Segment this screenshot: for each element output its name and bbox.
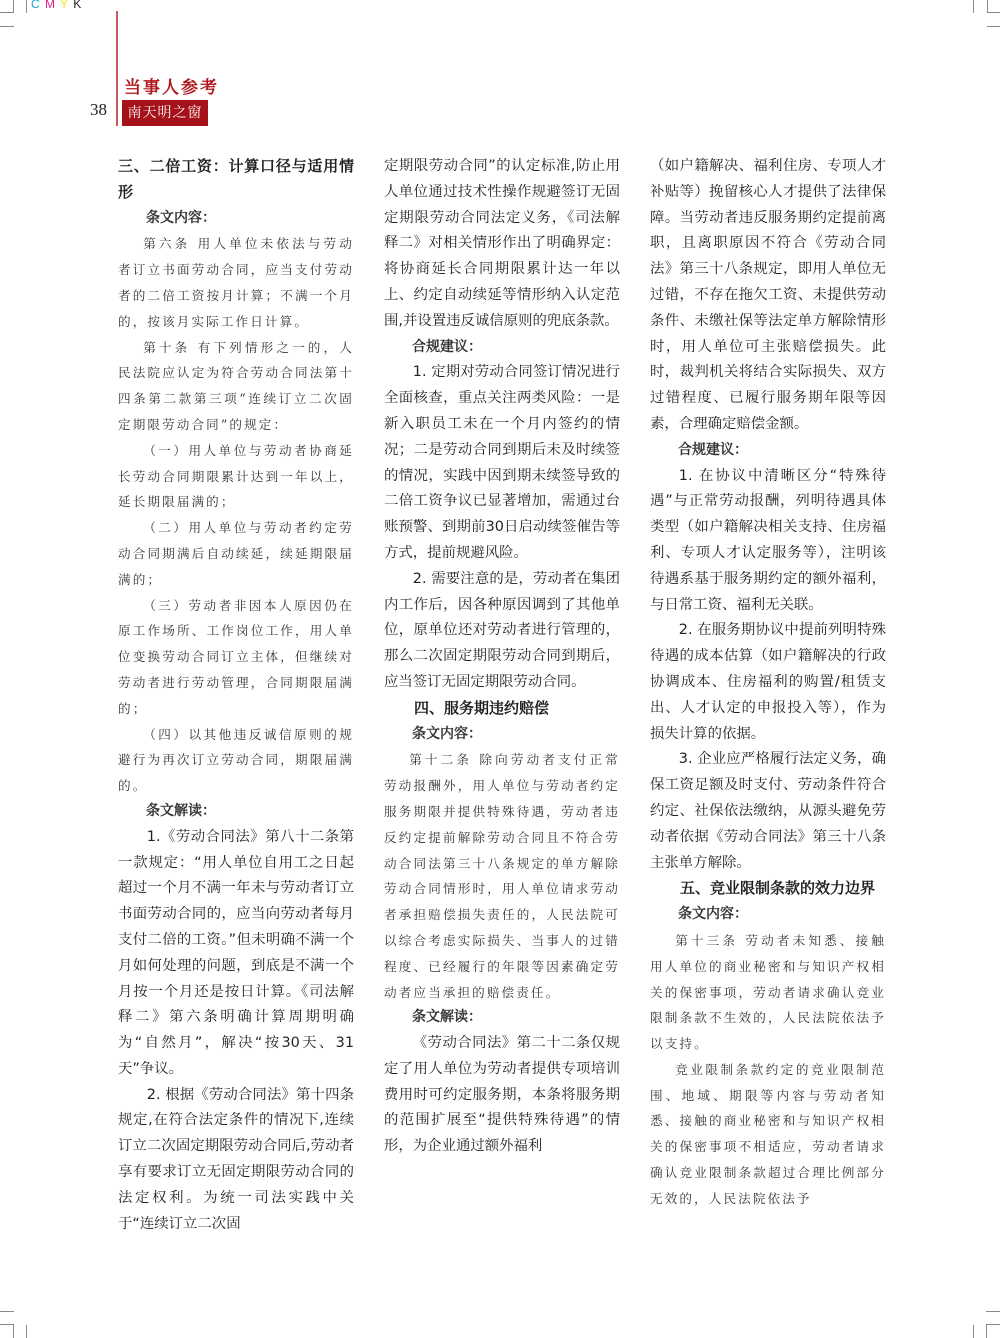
section-title: 当事人参考 xyxy=(124,73,219,98)
subheading: 条文内容： xyxy=(384,722,620,748)
text-column-1: 三、二倍工资：计算口径与适用情形条文内容：第六条 用人单位未依法与劳动者订立书面… xyxy=(118,154,354,1237)
statute-clause: （二）用人单位与劳动者约定劳动合同期满后自动续延，续延期限届满的； xyxy=(118,515,354,592)
crop-mark xyxy=(0,26,14,27)
subheading: 合规建议： xyxy=(650,438,886,464)
body-paragraph: 2. 根据《劳动合同法》第十四条规定,在符合法定条件的情况下,连续订立二次固定期… xyxy=(118,1083,354,1238)
crop-mark xyxy=(987,0,988,12)
subheading: 合规建议： xyxy=(384,335,620,361)
body-paragraph: 2. 需要注意的是，劳动者在集团内工作后，因各种原因调到了其他单位，原单位还对劳… xyxy=(384,567,620,696)
crop-mark xyxy=(0,1311,14,1312)
body-paragraph: 1. 定期对劳动合同签订情况进行全面核查，重点关注两类风险：一是新入职员工未在一… xyxy=(384,360,620,566)
statute-clause: 第十三条 劳动者未知悉、接触用人单位的商业秘密和与知识产权相关的保密事项，劳动者… xyxy=(650,928,886,1057)
column-tag: 南天明之窗 xyxy=(122,100,208,126)
text-column-2: 定期限劳动合同”的认定标准,防止用人单位通过技术性操作规避签订无固定期限劳动合同… xyxy=(384,154,620,1160)
crop-mark xyxy=(973,1325,974,1338)
cmyk-c: C xyxy=(31,0,41,11)
subheading: 条文解读： xyxy=(118,799,354,825)
crop-mark xyxy=(973,0,974,13)
crop-mark xyxy=(0,12,14,13)
crop-mark xyxy=(986,1325,987,1338)
cmyk-y: Y xyxy=(60,0,69,11)
header-rule xyxy=(116,11,118,126)
subheading: 条文内容： xyxy=(650,902,886,928)
body-paragraph: 1. 在协议中清晰区分“特殊待遇”与正常劳动报酬，列明待遇具体类型（如户籍解决相… xyxy=(650,464,886,619)
cmyk-k: K xyxy=(73,0,82,11)
body-paragraph: 3. 企业应严格履行法定义务，确保工资足额及时支付、劳动条件符合约定、社保依法缴… xyxy=(650,747,886,876)
crop-mark xyxy=(13,0,14,12)
text-column-3: （如户籍解决、福利住房、专项人才补贴等）挽留核心人才提供了法律保障。当劳动者违反… xyxy=(650,154,886,1212)
crop-mark xyxy=(986,1324,1000,1325)
subheading: 条文内容： xyxy=(118,206,354,232)
page-number: 38 xyxy=(90,100,107,120)
body-paragraph: 1.《劳动合同法》第八十二条第一款规定：“用人单位自用工之日起超过一个月不满一年… xyxy=(118,825,354,1083)
statute-clause: 第十条 有下列情形之一的，人民法院应认定为符合劳动合同法第十四条第二款第三项“连… xyxy=(118,335,354,438)
crop-mark xyxy=(13,1325,14,1338)
statute-clause: （四）以其他违反诚信原则的规避行为再次订立劳动合同，期限届满的。 xyxy=(118,722,354,799)
statute-clause: 竞业限制条款约定的竞业限制范围、地域、期限等内容与劳动者知悉、接触的商业秘密和与… xyxy=(650,1057,886,1212)
crop-mark xyxy=(987,12,1000,13)
subheading: 条文解读： xyxy=(384,1005,620,1031)
section-heading: 四、服务期违约赔偿 xyxy=(384,696,620,722)
statute-clause: 第十二条 除向劳动者支付正常劳动报酬外，用人单位与劳动者约定服务期限并提供特殊待… xyxy=(384,747,620,1005)
body-paragraph: 《劳动合同法》第二十二条仅规定了用人单位为劳动者提供专项培训费用时可约定服务期，… xyxy=(384,1031,620,1160)
cmyk-color-bar: C M Y K xyxy=(31,0,82,11)
section-heading: 三、二倍工资：计算口径与适用情形 xyxy=(118,154,354,206)
statute-clause: 第六条 用人单位未依法与劳动者订立书面劳动合同，应当支付劳动者的二倍工资按月计算… xyxy=(118,231,354,334)
body-paragraph: 定期限劳动合同”的认定标准,防止用人单位通过技术性操作规避签订无固定期限劳动合同… xyxy=(384,154,620,335)
statute-clause: （一）用人单位与劳动者协商延长劳动合同期限累计达到一年以上，延长期限届满的； xyxy=(118,438,354,515)
crop-mark xyxy=(987,26,1000,27)
crop-mark xyxy=(986,1311,1000,1312)
cmyk-m: M xyxy=(45,0,56,11)
section-heading: 五、竞业限制条款的效力边界 xyxy=(650,876,886,902)
crop-mark xyxy=(26,1325,27,1338)
crop-mark xyxy=(0,1324,14,1325)
statute-clause: （三）劳动者非因本人原因仍在原工作场所、工作岗位工作，用人单位变换劳动合同订立主… xyxy=(118,593,354,722)
body-paragraph: （如户籍解决、福利住房、专项人才补贴等）挽留核心人才提供了法律保障。当劳动者违反… xyxy=(650,154,886,438)
crop-mark xyxy=(26,0,27,13)
body-paragraph: 2. 在服务期协议中提前列明特殊待遇的成本估算（如户籍解决的行政协调成本、住房福… xyxy=(650,618,886,747)
